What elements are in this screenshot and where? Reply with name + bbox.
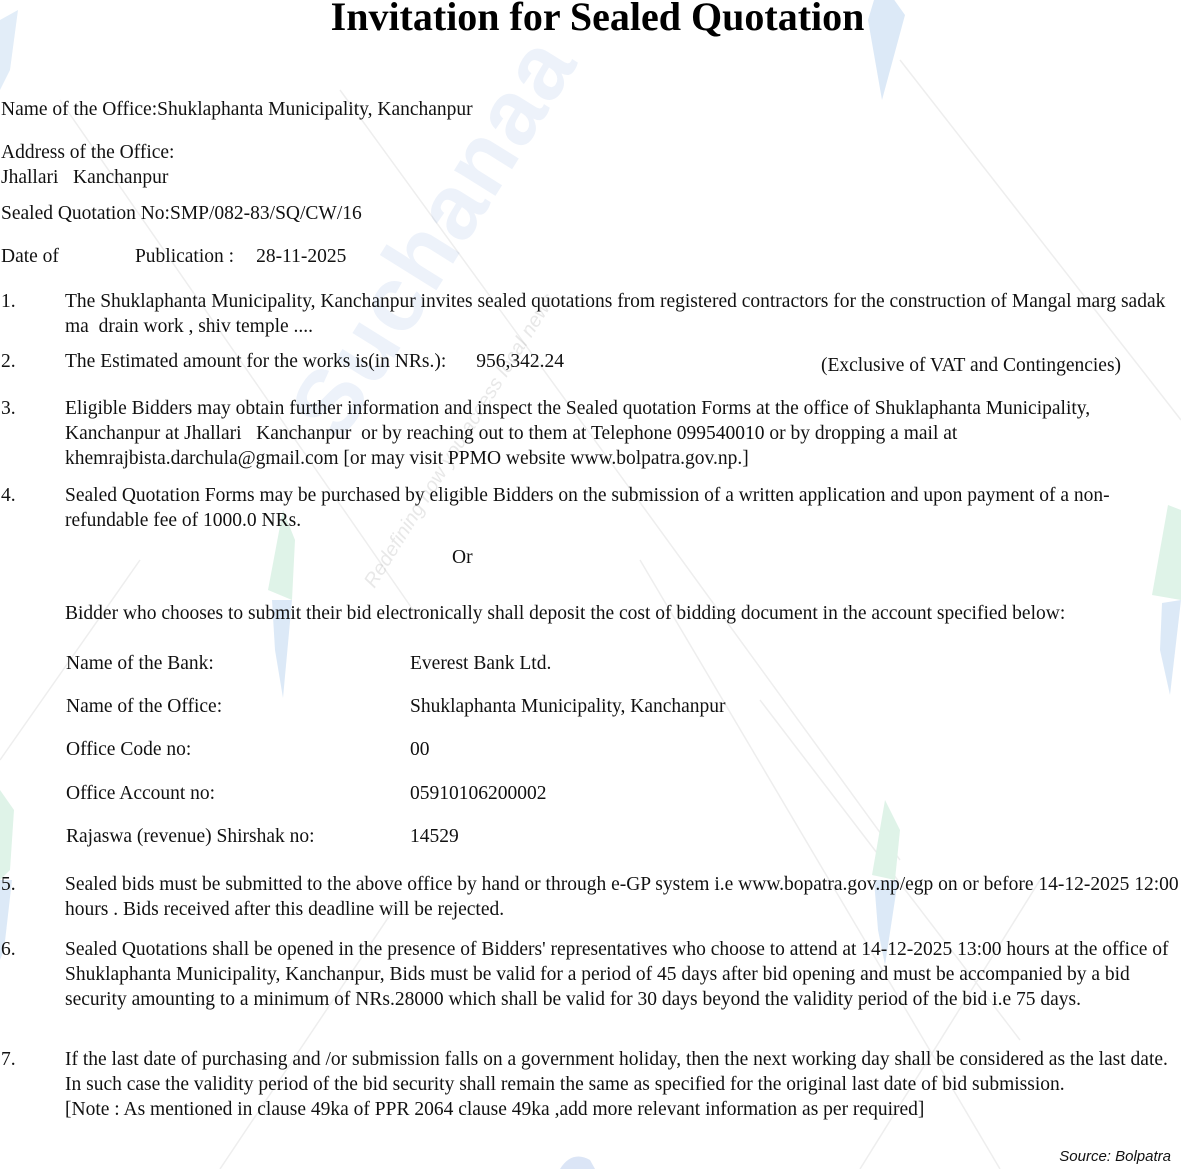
clause-number: 7. [1, 1047, 16, 1072]
bank-detail-value: 05910106200002 [410, 783, 547, 804]
bank-detail-label: Office Account no: [66, 782, 410, 806]
clause-number: 5. [1, 872, 16, 897]
clause-number: 1. [1, 289, 16, 314]
clause-number: 3. [1, 396, 16, 421]
office-name-value: Shuklaphanta Municipality, Kanchanpur [157, 99, 473, 120]
clause-number: 2. [1, 349, 16, 374]
clause-5: 5. Sealed bids must be submitted to the … [0, 872, 1181, 922]
clause-3: 3. Eligible Bidders may obtain further i… [0, 396, 1181, 471]
source-credit: Source: Bolpatra [1059, 1148, 1171, 1165]
date-label-1: Date of [1, 246, 59, 267]
clause-text: Eligible Bidders may obtain further info… [65, 396, 1095, 471]
bank-detail-label: Rajaswa (revenue) Shirshak no: [66, 825, 410, 849]
clause-text: If the last date of purchasing and /or s… [65, 1047, 1181, 1097]
bank-detail-value: 14529 [410, 826, 459, 847]
clause-text: Sealed Quotation Forms may be purchased … [65, 483, 1181, 533]
bank-detail-value: 00 [410, 739, 430, 760]
clause-4: 4. Sealed Quotation Forms may be purchas… [0, 483, 1181, 533]
bank-detail-row: Office Account no:05910106200002 [66, 782, 547, 806]
publication-date-line: Date ofPublication :28-11-2025 [1, 245, 346, 269]
publication-date-value: 28-11-2025 [256, 246, 346, 267]
quotation-no-value: SMP/082-83/SQ/CW/16 [170, 203, 362, 224]
bank-detail-row: Rajaswa (revenue) Shirshak no:14529 [66, 825, 459, 849]
or-separator: Or [452, 547, 473, 569]
clause-number: 4. [1, 483, 16, 508]
office-name-label: Name of the Office: [1, 99, 157, 120]
bank-detail-row: Name of the Bank:Everest Bank Ltd. [66, 652, 551, 676]
bank-detail-row: Office Code no:00 [66, 738, 430, 762]
quotation-no-label: Sealed Quotation No: [1, 203, 170, 224]
address-label: Address of the Office: [1, 141, 174, 165]
clause-text: Sealed Quotations shall be opened in the… [65, 937, 1181, 1012]
clause-text: The Estimated amount for the works is(in… [65, 351, 446, 372]
page-title: Invitation for Sealed Quotation [0, 0, 1181, 40]
electronic-deposit-text: Bidder who chooses to submit their bid e… [65, 602, 1065, 626]
office-name-line: Name of the Office:Shuklaphanta Municipa… [1, 98, 473, 122]
bank-detail-value: Everest Bank Ltd. [410, 653, 551, 674]
date-label-2: Publication : [135, 246, 234, 267]
clause-6: 6. Sealed Quotations shall be opened in … [0, 937, 1181, 1012]
clause-2: 2. The Estimated amount for the works is… [0, 349, 1181, 374]
bank-detail-label: Name of the Bank: [66, 652, 410, 676]
bank-detail-label: Office Code no: [66, 738, 410, 762]
clause-text: The Shuklaphanta Municipality, Kanchanpu… [65, 289, 1181, 339]
bank-detail-row: Name of the Office:Shuklaphanta Municipa… [66, 695, 726, 719]
clause-7: 7. If the last date of purchasing and /o… [0, 1047, 1181, 1122]
address-value: Jhallari Kanchanpur [1, 166, 168, 190]
estimated-amount: 956,342.24 [476, 349, 564, 374]
clause-text: Sealed bids must be submitted to the abo… [65, 872, 1181, 922]
amount-note: (Exclusive of VAT and Contingencies) [821, 353, 1121, 378]
clause-note: [Note : As mentioned in clause 49ka of P… [65, 1097, 1181, 1122]
quotation-no-line: Sealed Quotation No:SMP/082-83/SQ/CW/16 [1, 202, 362, 226]
clause-number: 6. [1, 937, 16, 962]
bank-detail-value: Shuklaphanta Municipality, Kanchanpur [410, 696, 726, 717]
document-page: Invitation for Sealed Quotation Name of … [0, 0, 1181, 1169]
bank-detail-label: Name of the Office: [66, 695, 410, 719]
clause-1: 1. The Shuklaphanta Municipality, Kancha… [0, 289, 1181, 339]
